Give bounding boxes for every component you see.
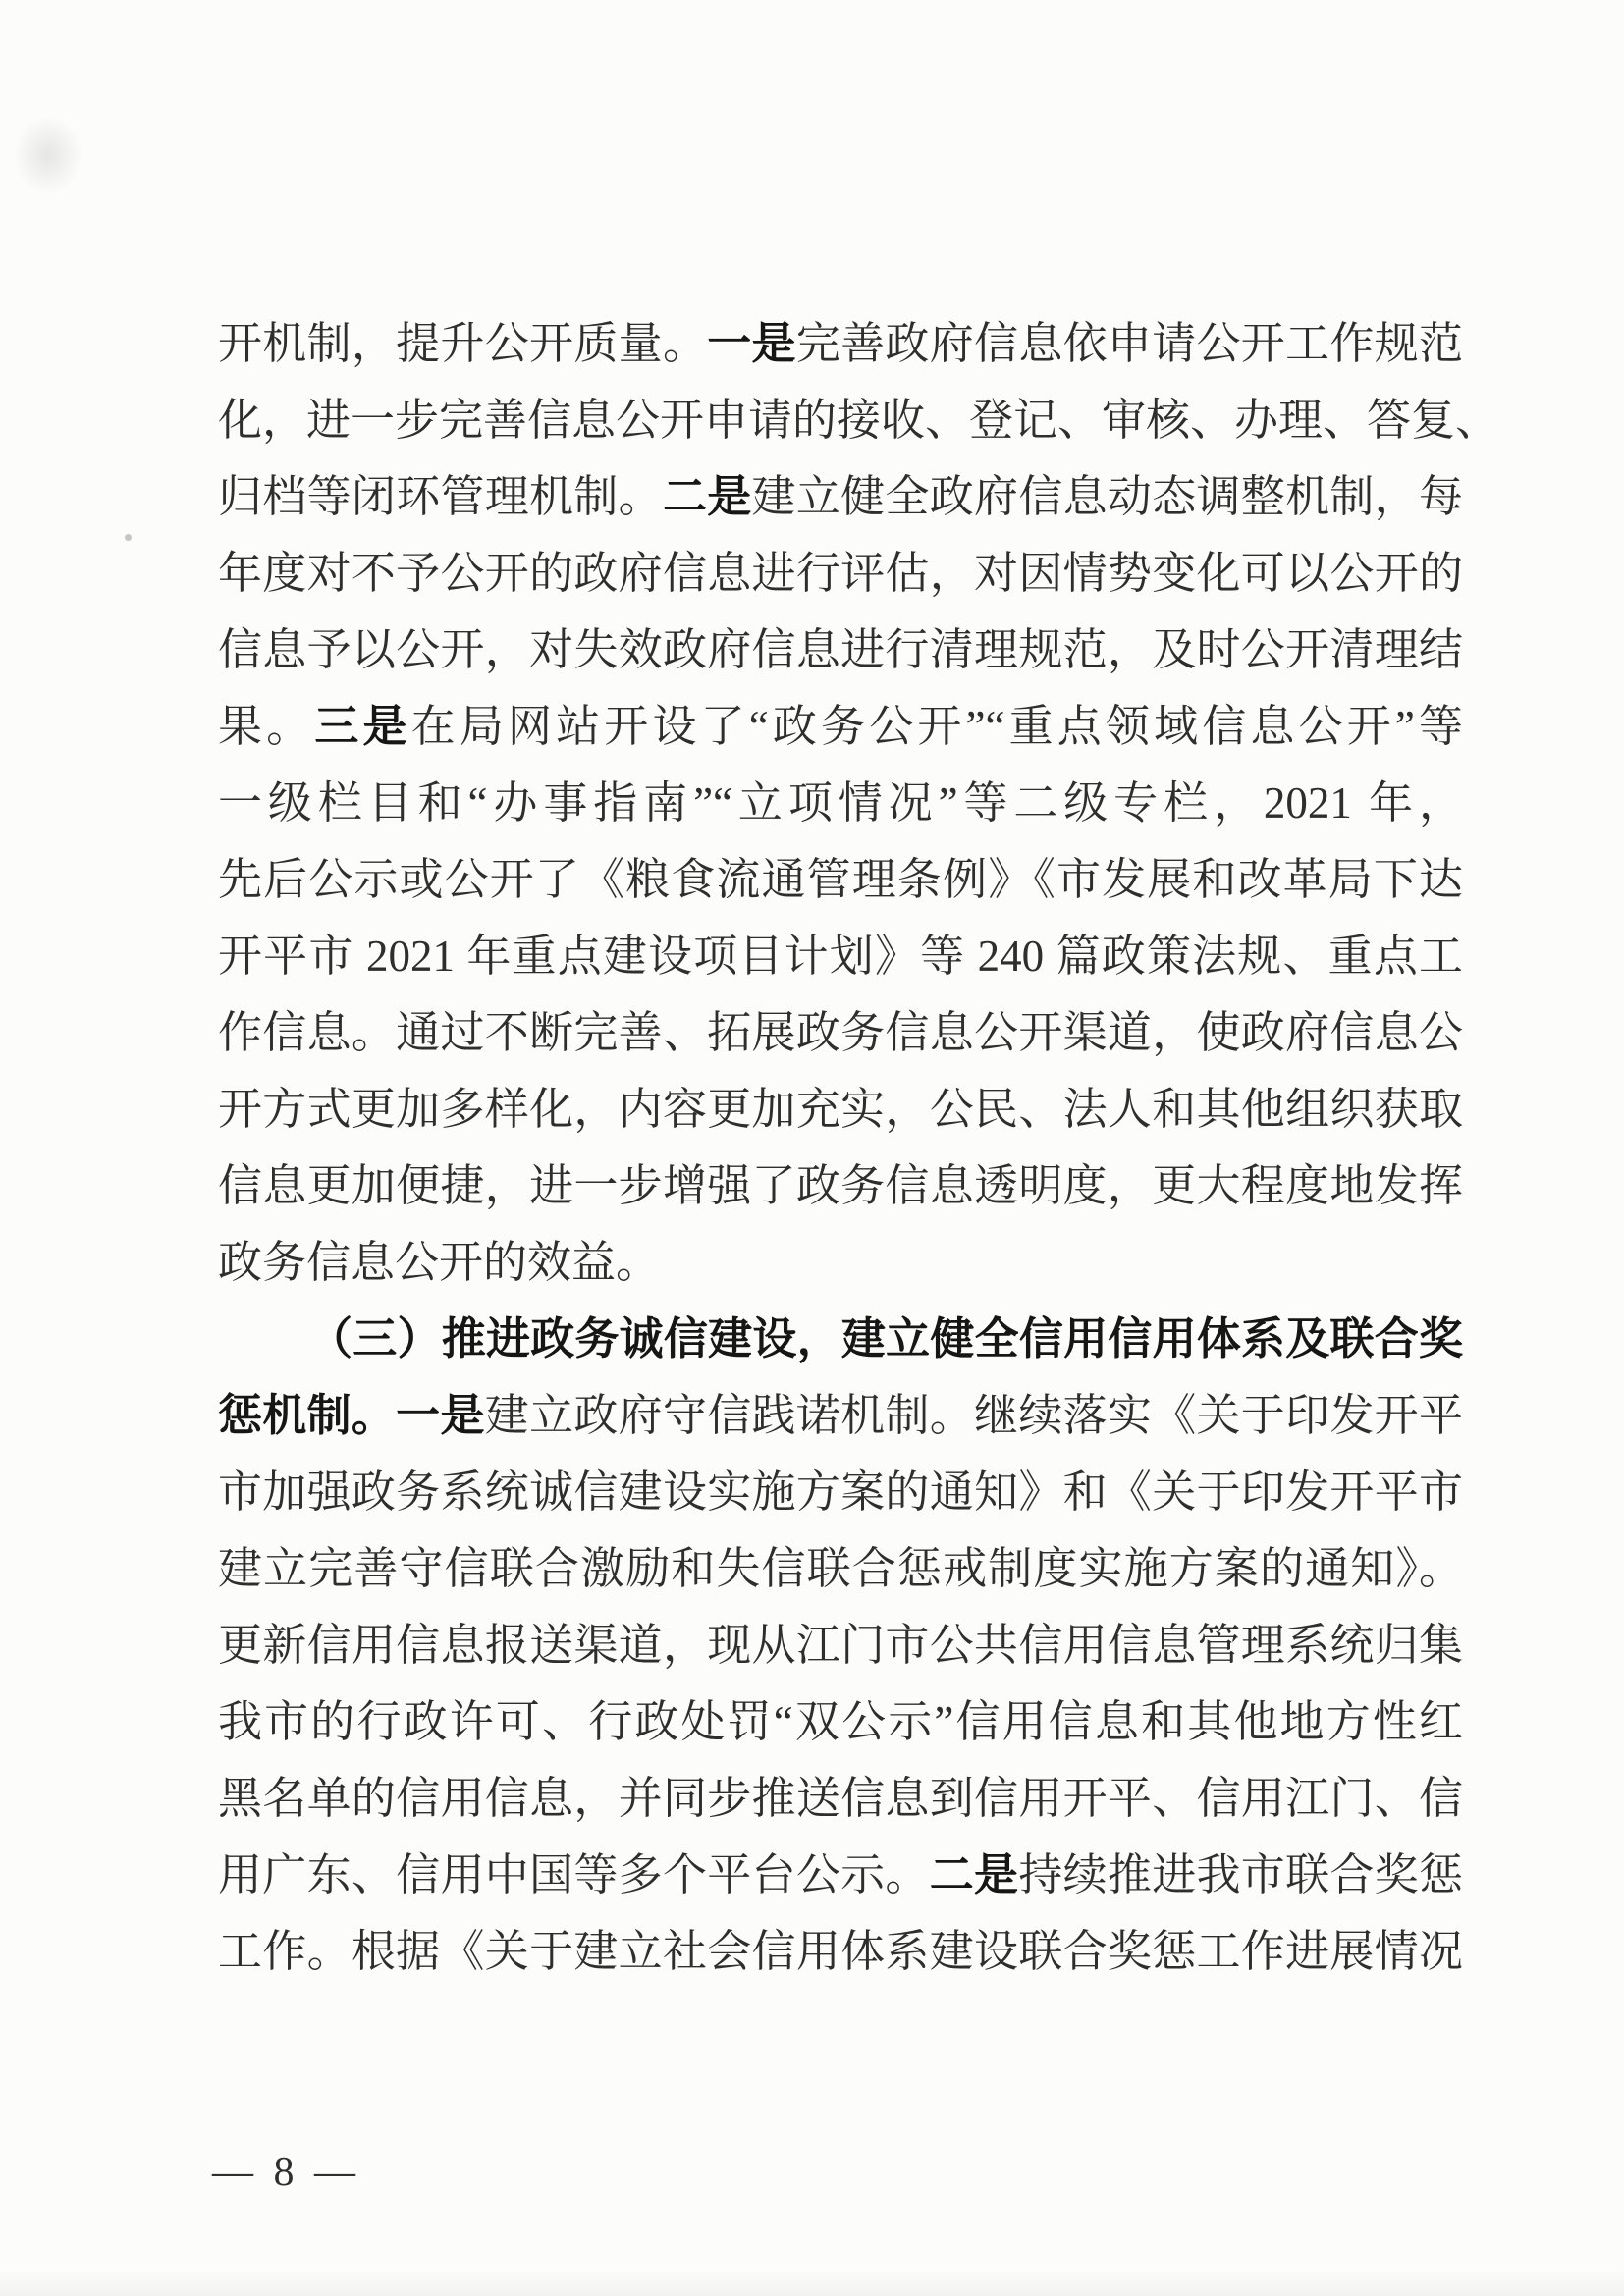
text-run: 作信息。通过不断完善、拓展政务信息公开渠道，使政府信息公 <box>218 1008 1463 1057</box>
scanned-document-page: 开机制，提升公开质量。一是完善政府信息依申请公开工作规范化，进一步完善信息公开申… <box>0 0 1624 2296</box>
text-run: 化，进一步完善信息公开申请的接收、登记、审核、办理、答复、 <box>218 396 1499 445</box>
text-line: 市加强政务系统诚信建设实施方案的通知》和《关于印发开平市 <box>218 1454 1463 1530</box>
text-run: 更新信用信息报送渠道，现从江门市公共信用信息管理系统归集 <box>218 1621 1463 1670</box>
text-line: 归档等闭环管理机制。二是建立健全政府信息动态调整机制，每 <box>218 458 1463 535</box>
text-line: （三）推进政务诚信建设，建立健全信用信用体系及联合奖 <box>218 1301 1463 1377</box>
bold-text-run: 三是 <box>314 702 410 751</box>
text-run: 用广东、信用中国等多个平台公示。 <box>218 1850 930 1899</box>
bold-text-run: 惩机制。一是 <box>218 1391 485 1440</box>
text-run: 建立政府守信践诺机制。继续落实《关于印发开平 <box>485 1391 1463 1440</box>
scan-shading-bottom <box>0 2270 1624 2296</box>
text-run: 开机制，提升公开质量。 <box>218 319 707 368</box>
text-line: 黑名单的信用信息，并同步推送信息到信用开平、信用江门、信 <box>218 1760 1463 1837</box>
text-run: 信息予以公开，对失效政府信息进行清理规范，及时公开清理结 <box>218 625 1463 674</box>
text-line: 建立完善守信联合激励和失信联合惩戒制度实施方案的通知》。 <box>218 1530 1463 1607</box>
text-line: 信息更加便捷，进一步增强了政务信息透明度，更大程度地发挥 <box>218 1148 1463 1224</box>
text-run: 果。 <box>218 702 314 751</box>
text-run: 信息更加便捷，进一步增强了政务信息透明度，更大程度地发挥 <box>218 1161 1463 1210</box>
text-line: 用广东、信用中国等多个平台公示。二是持续推进我市联合奖惩 <box>218 1837 1463 1913</box>
text-run: 我市的行政许可、行政处罚“双公示”信用信息和其他地方性红 <box>218 1697 1463 1746</box>
text-line: 更新信用信息报送渠道，现从江门市公共信用信息管理系统归集 <box>218 1607 1463 1683</box>
text-run: 工作。根据《关于建立社会信用体系建设联合奖惩工作进展情况 <box>218 1927 1463 1976</box>
text-run: 在局网站开设了“政务公开”“重点领域信息公开”等 <box>411 702 1463 751</box>
text-line: 年度对不予公开的政府信息进行评估，对因情势变化可以公开的 <box>218 535 1463 612</box>
bold-text-run: 一是 <box>707 319 796 368</box>
text-line: 一级栏目和“办事指南”“立项情况”等二级专栏，2021 年， <box>218 765 1463 841</box>
scan-shading <box>14 116 82 194</box>
text-run: 先后公示或公开了《粮食流通管理条例》《市发展和改革局下达 <box>218 855 1463 904</box>
text-line: 化，进一步完善信息公开申请的接收、登记、审核、办理、答复、 <box>218 382 1463 458</box>
bold-text-run: 二是 <box>663 472 752 521</box>
text-run: 一级栏目和“办事指南”“立项情况”等二级专栏，2021 年， <box>218 778 1463 828</box>
text-line: 开平市 2021 年重点建设项目计划》等 240 篇政策法规、重点工 <box>218 918 1463 994</box>
bold-text-run: （三）推进政务诚信建设，建立健全信用信用体系及联合奖 <box>308 1314 1463 1363</box>
scan-speckle <box>125 534 132 541</box>
text-run: 完善政府信息依申请公开工作规范 <box>796 319 1463 368</box>
text-line: 信息予以公开，对失效政府信息进行清理规范，及时公开清理结 <box>218 612 1463 688</box>
text-run: 持续推进我市联合奖惩 <box>1018 1850 1463 1899</box>
text-run: 年度对不予公开的政府信息进行评估，对因情势变化可以公开的 <box>218 549 1463 598</box>
text-run: 黑名单的信用信息，并同步推送信息到信用开平、信用江门、信 <box>218 1774 1463 1823</box>
text-line: 工作。根据《关于建立社会信用体系建设联合奖惩工作进展情况 <box>218 1913 1463 1990</box>
text-run: 政务信息公开的效益。 <box>218 1238 660 1287</box>
bold-text-run: 二是 <box>930 1850 1019 1899</box>
text-line: 果。三是在局网站开设了“政务公开”“重点领域信息公开”等 <box>218 688 1463 765</box>
text-run: 市加强政务系统诚信建设实施方案的通知》和《关于印发开平市 <box>218 1468 1463 1517</box>
text-line: 作信息。通过不断完善、拓展政务信息公开渠道，使政府信息公 <box>218 994 1463 1071</box>
text-line: 政务信息公开的效益。 <box>218 1224 1463 1301</box>
text-run: 建立完善守信联合激励和失信联合惩戒制度实施方案的通知》。 <box>218 1544 1463 1593</box>
text-line: 开机制，提升公开质量。一是完善政府信息依申请公开工作规范 <box>218 305 1463 382</box>
text-line: 我市的行政许可、行政处罚“双公示”信用信息和其他地方性红 <box>218 1683 1463 1760</box>
text-line: 惩机制。一是建立政府守信践诺机制。继续落实《关于印发开平 <box>218 1377 1463 1454</box>
text-line: 开方式更加多样化，内容更加充实，公民、法人和其他组织获取 <box>218 1071 1463 1148</box>
text-run: 建立健全政府信息动态调整机制，每 <box>752 472 1463 521</box>
text-run: 归档等闭环管理机制。 <box>218 472 663 521</box>
text-run: 开方式更加多样化，内容更加充实，公民、法人和其他组织获取 <box>218 1085 1463 1134</box>
document-body: 开机制，提升公开质量。一是完善政府信息依申请公开工作规范化，进一步完善信息公开申… <box>218 305 1463 1990</box>
text-line: 先后公示或公开了《粮食流通管理条例》《市发展和改革局下达 <box>218 841 1463 918</box>
page-number: — 8 — <box>212 2149 360 2196</box>
text-run: 开平市 2021 年重点建设项目计划》等 240 篇政策法规、重点工 <box>218 932 1463 981</box>
